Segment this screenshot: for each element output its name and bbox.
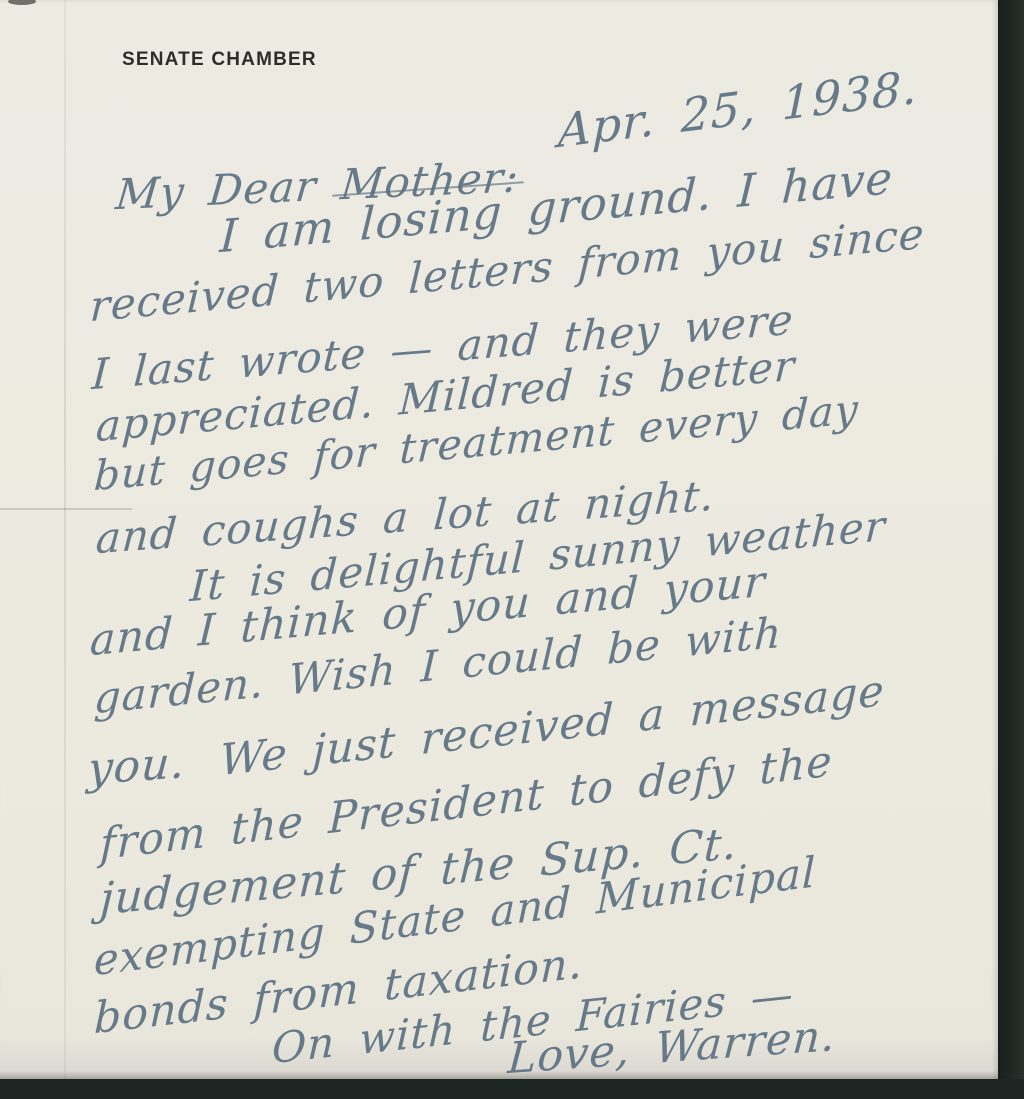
letter-paper: SENATE CHAMBER Apr. 25, 1938. My Dear Mo… [0, 0, 998, 1079]
scanner-backdrop-strip [998, 0, 1024, 1079]
scan-background: SENATE CHAMBER Apr. 25, 1938. My Dear Mo… [0, 0, 1024, 1099]
scan-artifact [8, 0, 36, 5]
fold-crease-vertical [64, 0, 66, 1079]
handwritten-line: you. [86, 737, 187, 795]
paper-bottom-shadow [0, 1071, 998, 1079]
letter-date: Apr. 25, 1938. [558, 60, 919, 159]
letterhead-title: SENATE CHAMBER [122, 49, 317, 71]
fold-crease-horizontal [0, 508, 132, 510]
